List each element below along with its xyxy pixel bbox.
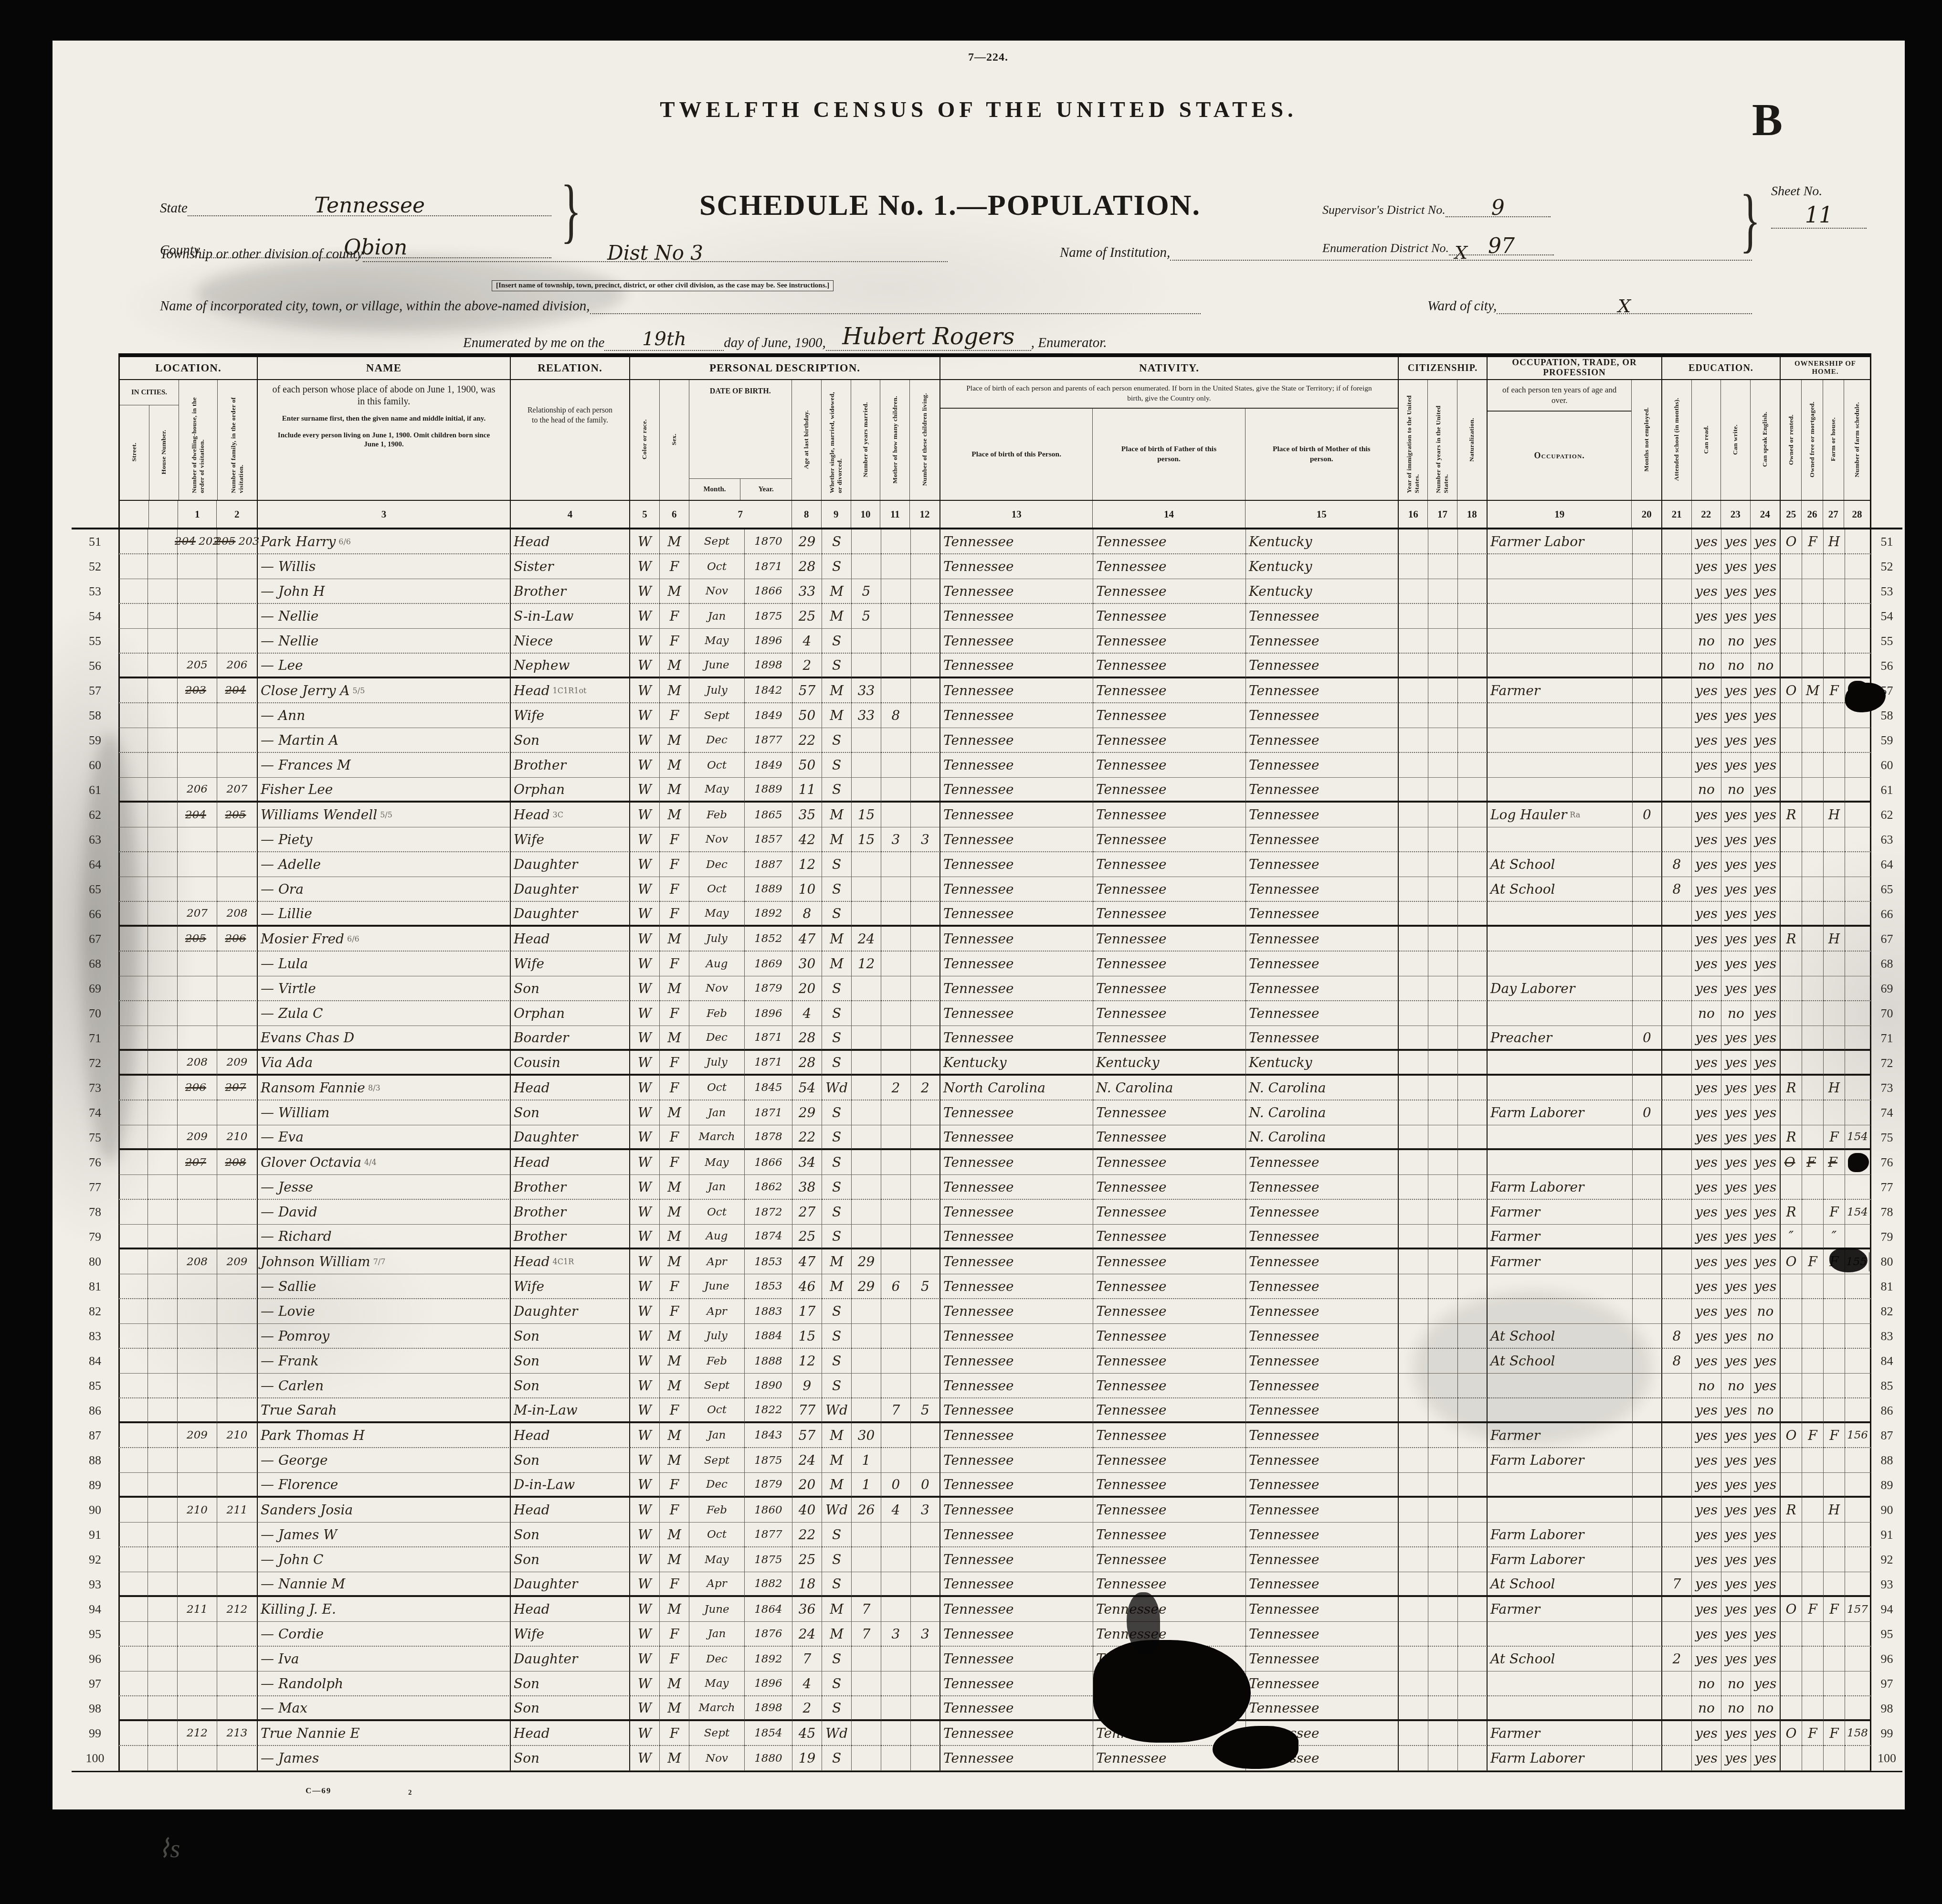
marital-status: S xyxy=(822,728,852,753)
farm-or-house xyxy=(1824,1026,1845,1051)
children-living xyxy=(911,1696,940,1721)
dwelling-number: 207 xyxy=(178,902,217,927)
line-number-left: 87 xyxy=(72,1423,118,1448)
mother-birthplace: Tennessee xyxy=(1246,877,1399,902)
line-number-right: 78 xyxy=(1871,1200,1902,1225)
sex: F xyxy=(660,1125,689,1150)
census-row-93: 93— Nannie MDaughterWFApr188218STennesse… xyxy=(72,1572,1902,1597)
can-read: yes xyxy=(1692,753,1721,778)
dwelling-number xyxy=(178,1274,217,1299)
marital-status: M xyxy=(822,678,852,703)
can-speak-english: yes xyxy=(1751,1051,1781,1076)
farm-schedule-number: 156 xyxy=(1845,1423,1871,1448)
relation: Daughter xyxy=(511,1125,630,1150)
owned-rented xyxy=(1781,629,1802,654)
owned-free-mortgaged xyxy=(1802,1572,1824,1597)
census-row-54: 54— NellieS-in-LawWFJan187525M5Tennessee… xyxy=(72,604,1902,629)
farm-or-house xyxy=(1824,1473,1845,1498)
color-race: W xyxy=(630,1746,660,1771)
attended-school xyxy=(1662,703,1692,728)
family-number xyxy=(217,1349,258,1374)
months-not-employed xyxy=(1633,1051,1662,1076)
birthplace: Tennessee xyxy=(940,1498,1093,1523)
line-number-left: 52 xyxy=(72,554,118,579)
owned-rented: O xyxy=(1781,1597,1802,1622)
marital-status: M xyxy=(822,803,852,827)
ward-label: Ward of city, xyxy=(1427,298,1497,314)
marital-status: S xyxy=(822,1647,852,1671)
years-in-us xyxy=(1428,1150,1458,1175)
birth-year: 1888 xyxy=(745,1349,792,1374)
occupation: Farmer xyxy=(1488,678,1633,703)
form-number: 7—224. xyxy=(893,51,1084,64)
months-not-employed xyxy=(1633,1125,1662,1150)
printer-footnote: C—69 xyxy=(306,1786,331,1796)
years-married: 26 xyxy=(852,1498,881,1523)
house-number xyxy=(148,778,178,803)
owned-free-mortgaged xyxy=(1802,1647,1824,1671)
years-in-us xyxy=(1428,728,1458,753)
years-married xyxy=(852,554,881,579)
occupation xyxy=(1488,1125,1633,1150)
farm-or-house xyxy=(1824,902,1845,927)
age: 38 xyxy=(792,1175,822,1200)
relation: Brother xyxy=(511,1200,630,1225)
can-write: yes xyxy=(1721,1175,1751,1200)
children-born xyxy=(881,1423,911,1448)
owned-free-mortgaged xyxy=(1802,1324,1824,1349)
can-read: no xyxy=(1692,778,1721,803)
colnum-9: 9 xyxy=(822,501,851,528)
years-married xyxy=(852,1100,881,1125)
years-married xyxy=(852,1523,881,1547)
father-birthplace: Tennessee xyxy=(1093,529,1246,554)
children-living xyxy=(911,1150,940,1175)
sex: F xyxy=(660,852,689,877)
children-born xyxy=(881,1721,911,1746)
marital-status: S xyxy=(822,1324,852,1349)
farm-schedule-number xyxy=(1845,1647,1871,1671)
owned-rented xyxy=(1781,1448,1802,1473)
line-number-left: 77 xyxy=(72,1175,118,1200)
census-row-70: 70— Zula COrphanWFFeb18964STennesseeTenn… xyxy=(72,1001,1902,1026)
marital-status: S xyxy=(822,1051,852,1076)
street xyxy=(118,1498,148,1523)
marital-status: M xyxy=(822,927,852,952)
father-birthplace: Tennessee xyxy=(1093,1547,1246,1572)
owned-rented xyxy=(1781,654,1802,678)
years-in-us xyxy=(1428,1721,1458,1746)
owned-rented xyxy=(1781,1746,1802,1771)
father-birthplace: Tennessee xyxy=(1093,1572,1246,1597)
birth-year: 1852 xyxy=(745,927,792,952)
dwelling-number xyxy=(178,579,217,604)
colnum-2: 2 xyxy=(217,501,257,528)
naturalization xyxy=(1458,778,1488,803)
years-in-us-column-label: Number of years in the United States. xyxy=(1434,384,1450,496)
years-married xyxy=(852,1647,881,1671)
owned-free-mortgaged xyxy=(1802,554,1824,579)
relation: Daughter xyxy=(511,1647,630,1671)
mother-birthplace: N. Carolina xyxy=(1246,1076,1399,1100)
age: 50 xyxy=(792,703,822,728)
colnum-25: 25 xyxy=(1781,501,1802,528)
marital-status: S xyxy=(822,1349,852,1374)
birth-month: June xyxy=(689,1274,745,1299)
enumerator-signature: Hubert Rogers xyxy=(826,323,1031,351)
can-write: yes xyxy=(1721,1051,1751,1076)
color-race: W xyxy=(630,1274,660,1299)
name: — Nannie M xyxy=(258,1572,511,1597)
mother-birthplace: Tennessee xyxy=(1246,803,1399,827)
sex: M xyxy=(660,1225,689,1249)
color-race: W xyxy=(630,604,660,629)
name: — Zula C xyxy=(258,1001,511,1026)
street xyxy=(118,728,148,753)
can-read: yes xyxy=(1692,1225,1721,1249)
relation: Head xyxy=(511,1076,630,1100)
children-born xyxy=(881,1523,911,1547)
farm-schedule-number: 158 xyxy=(1845,1721,1871,1746)
street xyxy=(118,654,148,678)
attended-school xyxy=(1662,1026,1692,1051)
family-number xyxy=(217,852,258,877)
can-speak-english: yes xyxy=(1751,778,1781,803)
census-row-51: 51204 202205 203Park Harry 6/6HeadWMSept… xyxy=(72,529,1902,554)
dwelling-number xyxy=(178,1175,217,1200)
location-group: LOCATION. IN CITIES. Street. House Numbe… xyxy=(118,353,258,528)
colnum-20: 20 xyxy=(1632,501,1661,528)
house-number xyxy=(148,1398,178,1423)
naturalization xyxy=(1458,1647,1488,1671)
farm-or-house xyxy=(1824,1051,1845,1076)
owned-rented xyxy=(1781,1374,1802,1398)
years-in-us xyxy=(1428,1671,1458,1696)
family-number xyxy=(217,1374,258,1398)
dwelling-number: 206 xyxy=(178,778,217,803)
can-read: yes xyxy=(1692,1100,1721,1125)
immigration-year xyxy=(1399,753,1428,778)
children-born xyxy=(881,753,911,778)
years-married xyxy=(852,1324,881,1349)
owned-free-mortgaged xyxy=(1802,1051,1824,1076)
dwelling-number xyxy=(178,554,217,579)
years-married: 24 xyxy=(852,927,881,952)
mother-birthplace: Tennessee xyxy=(1246,604,1399,629)
mother-birthplace: Tennessee xyxy=(1246,952,1399,976)
can-speak-english: yes xyxy=(1751,1572,1781,1597)
owned-free-mortgaged xyxy=(1802,877,1824,902)
line-number-left: 95 xyxy=(72,1622,118,1647)
age: 12 xyxy=(792,1349,822,1374)
color-race: W xyxy=(630,827,660,852)
farm-schedule-number xyxy=(1845,1473,1871,1498)
farm-or-house xyxy=(1824,604,1845,629)
line-number-right: 55 xyxy=(1871,629,1902,654)
color-race: W xyxy=(630,1100,660,1125)
children-living xyxy=(911,1249,940,1274)
census-row-96: 96— IvaDaughterWFDec18927STennesseeTenne… xyxy=(72,1647,1902,1671)
children-living xyxy=(911,1572,940,1597)
can-speak-english: yes xyxy=(1751,678,1781,703)
house-number xyxy=(148,654,178,678)
line-number-left: 82 xyxy=(72,1299,118,1324)
population-table: LOCATION. IN CITIES. Street. House Numbe… xyxy=(72,353,1902,1772)
age: 12 xyxy=(792,852,822,877)
years-in-us xyxy=(1428,1498,1458,1523)
birthplace: Tennessee xyxy=(940,678,1093,703)
birth-year: 1845 xyxy=(745,1076,792,1100)
years-married xyxy=(852,1374,881,1398)
farm-schedule-number xyxy=(1845,1349,1871,1374)
birthplace: Tennessee xyxy=(940,1001,1093,1026)
relation: Sister xyxy=(511,554,630,579)
family-number xyxy=(217,1274,258,1299)
children-living xyxy=(911,1374,940,1398)
father-birthplace: Tennessee xyxy=(1093,1324,1246,1349)
line-number-right: 77 xyxy=(1871,1175,1902,1200)
marital-status: Wd xyxy=(822,1398,852,1423)
farm-schedule-number xyxy=(1845,1671,1871,1696)
years-in-us xyxy=(1428,1647,1458,1671)
census-row-72: 72208209Via AdaCousinWFJuly187128SKentuc… xyxy=(72,1051,1902,1076)
father-birthplace: Tennessee xyxy=(1093,1448,1246,1473)
farm-or-house xyxy=(1824,654,1845,678)
line-number-left: 92 xyxy=(72,1547,118,1572)
farm-or-house xyxy=(1824,1696,1845,1721)
months-not-employed xyxy=(1633,1150,1662,1175)
owned-free-mortgaged xyxy=(1802,579,1824,604)
dwelling-number: 209 xyxy=(178,1125,217,1150)
institution-value: X xyxy=(1170,245,1752,261)
can-read: yes xyxy=(1692,1523,1721,1547)
farm-schedule-number xyxy=(1845,1299,1871,1324)
sex: M xyxy=(660,529,689,554)
family-number-column-label: Number of family, in the order of visita… xyxy=(229,384,245,496)
can-read: yes xyxy=(1692,976,1721,1001)
color-race: W xyxy=(630,678,660,703)
owned-rented xyxy=(1781,1324,1802,1349)
birth-month: Sept xyxy=(689,703,745,728)
relation: S-in-Law xyxy=(511,604,630,629)
children-living xyxy=(911,1523,940,1547)
marital-status: S xyxy=(822,529,852,554)
color-race: W xyxy=(630,1200,660,1225)
owned-rented xyxy=(1781,1671,1802,1696)
line-number-right: 99 xyxy=(1871,1721,1902,1746)
can-write: yes xyxy=(1721,803,1751,827)
can-read: no xyxy=(1692,1696,1721,1721)
sex: M xyxy=(660,778,689,803)
immigration-year xyxy=(1399,1398,1428,1423)
birth-year: 1866 xyxy=(745,579,792,604)
children-born xyxy=(881,1746,911,1771)
street xyxy=(118,1200,148,1225)
owned-rented xyxy=(1781,1523,1802,1547)
can-speak-english: yes xyxy=(1751,1026,1781,1051)
name: — Jesse xyxy=(258,1175,511,1200)
occupation: Farm Laborer xyxy=(1488,1523,1633,1547)
can-speak-english: yes xyxy=(1751,1200,1781,1225)
mother-birthplace: Tennessee xyxy=(1246,976,1399,1001)
relation: Brother xyxy=(511,1175,630,1200)
birthplace: Tennessee xyxy=(940,604,1093,629)
naturalization xyxy=(1458,1100,1488,1125)
farm-schedule-number xyxy=(1845,1448,1871,1473)
age: 4 xyxy=(792,1671,822,1696)
attended-school xyxy=(1662,1249,1692,1274)
attended-school xyxy=(1662,952,1692,976)
father-birthplace: Tennessee xyxy=(1093,1150,1246,1175)
years-in-us xyxy=(1428,1473,1458,1498)
relation: Head xyxy=(511,1597,630,1622)
colnum-1: 1 xyxy=(178,501,217,528)
mother-birthplace: Tennessee xyxy=(1246,1175,1399,1200)
birth-year: 1883 xyxy=(745,1299,792,1324)
owned-rented: O xyxy=(1781,1249,1802,1274)
dwelling-number xyxy=(178,1448,217,1473)
color-race: W xyxy=(630,877,660,902)
relation: Head xyxy=(511,1150,630,1175)
marital-status: S xyxy=(822,852,852,877)
mother-birthplace: Tennessee xyxy=(1246,654,1399,678)
immigration-year xyxy=(1399,1721,1428,1746)
can-speak-english: yes xyxy=(1751,1076,1781,1100)
father-birthplace: Tennessee xyxy=(1093,1225,1246,1249)
birth-month: June xyxy=(689,654,745,678)
house-number xyxy=(148,1746,178,1771)
owned-free-mortgaged xyxy=(1802,629,1824,654)
color-race: W xyxy=(630,529,660,554)
house-number xyxy=(148,1473,178,1498)
months-not-employed xyxy=(1633,1647,1662,1671)
attended-school xyxy=(1662,1076,1692,1100)
occupation xyxy=(1488,753,1633,778)
birth-month: Dec xyxy=(689,728,745,753)
name-group-label: NAME xyxy=(258,353,510,380)
line-number-right: 91 xyxy=(1871,1523,1902,1547)
census-row-100: 100— JamesSonWMNov188019STennesseeTennes… xyxy=(72,1746,1902,1771)
occupation: Preacher xyxy=(1488,1026,1633,1051)
children-born xyxy=(881,1374,911,1398)
line-number-left: 80 xyxy=(72,1249,118,1274)
census-row-82: 82— LovieDaughterWFApr188317STennesseeTe… xyxy=(72,1299,1902,1324)
can-write: yes xyxy=(1721,1200,1751,1225)
immigration-year xyxy=(1399,579,1428,604)
years-in-us xyxy=(1428,1026,1458,1051)
can-write: yes xyxy=(1721,1448,1751,1473)
months-not-employed xyxy=(1633,827,1662,852)
can-speak-english: yes xyxy=(1751,1249,1781,1274)
name: Mosier Fred 6/6 xyxy=(258,927,511,952)
can-speak-english: yes xyxy=(1751,1473,1781,1498)
attended-school xyxy=(1662,554,1692,579)
line-number-right: 52 xyxy=(1871,554,1902,579)
birth-month: Oct xyxy=(689,1523,745,1547)
children-born xyxy=(881,877,911,902)
family-number xyxy=(217,703,258,728)
years-in-us xyxy=(1428,827,1458,852)
children-born: 7 xyxy=(881,1398,911,1423)
family-number xyxy=(217,1200,258,1225)
house-number xyxy=(148,629,178,654)
sex: M xyxy=(660,1349,689,1374)
color-race: W xyxy=(630,1647,660,1671)
name: Via Ada xyxy=(258,1051,511,1076)
line-number-right: 51 xyxy=(1871,529,1902,554)
naturalization xyxy=(1458,1498,1488,1523)
birthplace: Tennessee xyxy=(940,703,1093,728)
sex: F xyxy=(660,1498,689,1523)
occupation xyxy=(1488,1051,1633,1076)
mother-birthplace: Tennessee xyxy=(1246,1423,1399,1448)
sex-column-label: Sex. xyxy=(670,432,678,448)
line-number-right: 89 xyxy=(1871,1473,1902,1498)
dwelling-number xyxy=(178,1572,217,1597)
farm-or-house xyxy=(1824,1324,1845,1349)
naturalization xyxy=(1458,1622,1488,1647)
attended-school xyxy=(1662,927,1692,952)
birth-year: 1889 xyxy=(745,778,792,803)
age: 7 xyxy=(792,1647,822,1671)
occupation: At School xyxy=(1488,852,1633,877)
occupation: Log Hauler Ra xyxy=(1488,803,1633,827)
children-living xyxy=(911,1597,940,1622)
dwelling-number xyxy=(178,604,217,629)
name: Killing J. E. xyxy=(258,1597,511,1622)
children-born xyxy=(881,1051,911,1076)
children-born xyxy=(881,778,911,803)
attended-school: 8 xyxy=(1662,1324,1692,1349)
owned-rented: O xyxy=(1781,678,1802,703)
relation: Son xyxy=(511,1448,630,1473)
naturalization xyxy=(1458,877,1488,902)
farm-schedule-number xyxy=(1845,1547,1871,1572)
children-born xyxy=(881,1026,911,1051)
months-not-employed: 0 xyxy=(1633,1100,1662,1125)
age: 9 xyxy=(792,1374,822,1398)
relation: Head xyxy=(511,1721,630,1746)
census-row-69: 69— VirtleSonWMNov187920STennesseeTennes… xyxy=(72,976,1902,1001)
mother-birthplace: N. Carolina xyxy=(1246,1125,1399,1150)
ink-blot-row80 xyxy=(1829,1248,1868,1272)
farm-schedule-number xyxy=(1845,976,1871,1001)
farm-schedule-number xyxy=(1845,1225,1871,1249)
birthplace: Tennessee xyxy=(940,728,1093,753)
naturalization xyxy=(1458,554,1488,579)
age: 10 xyxy=(792,877,822,902)
colnum-24: 24 xyxy=(1751,501,1780,528)
attended-school xyxy=(1662,1001,1692,1026)
relation: Daughter xyxy=(511,852,630,877)
census-row-60: 60— Frances MBrotherWMOct184950STennesse… xyxy=(72,753,1902,778)
can-read: yes xyxy=(1692,927,1721,952)
age: 25 xyxy=(792,604,822,629)
street xyxy=(118,1150,148,1175)
mother-birthplace: Tennessee xyxy=(1246,703,1399,728)
line-number-right: 72 xyxy=(1871,1051,1902,1076)
family-number xyxy=(217,976,258,1001)
months-not-employed xyxy=(1633,753,1662,778)
children-living xyxy=(911,654,940,678)
month-column-label: Month. xyxy=(689,479,741,500)
city-value xyxy=(590,313,1201,314)
children-living xyxy=(911,678,940,703)
sex: M xyxy=(660,1026,689,1051)
farm-house-column-label: Farm or house. xyxy=(1829,415,1837,464)
color-race: W xyxy=(630,554,660,579)
marital-status: S xyxy=(822,1200,852,1225)
